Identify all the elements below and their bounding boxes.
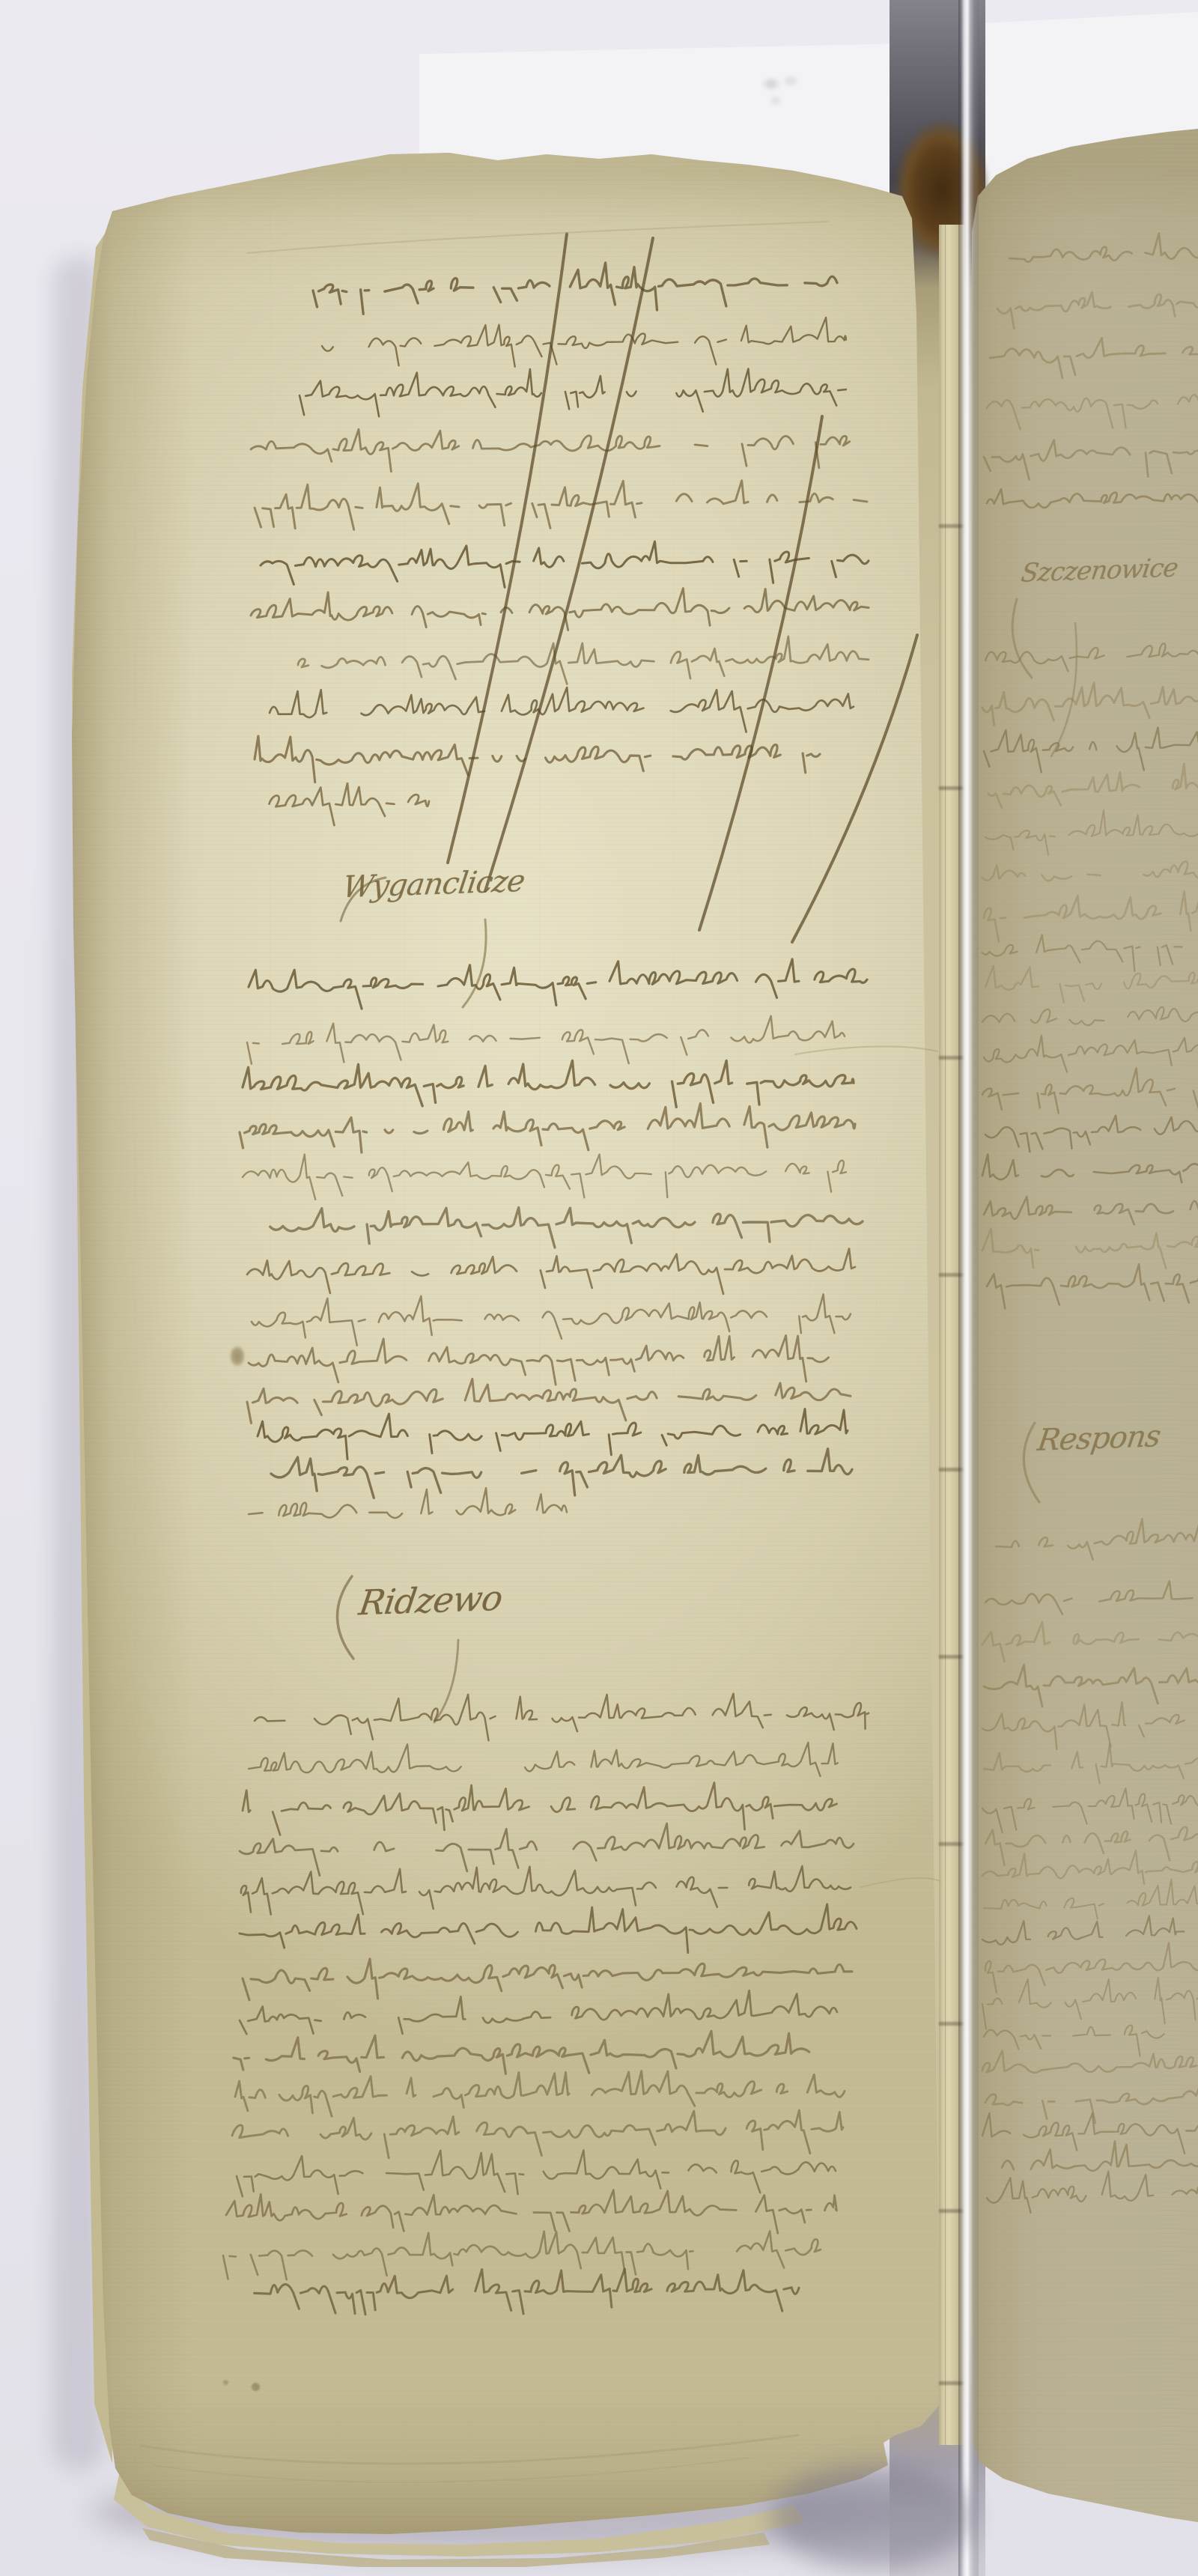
manuscript-photo: Wyganclicze Ridzewo Szczenowice Respons: [0, 0, 1198, 2576]
glass-retainer-strip: [958, 0, 979, 2576]
pencil-smudge: [755, 69, 803, 111]
gutter-bottom-shadow: [771, 2464, 973, 2569]
ink-stain: [229, 1345, 246, 1367]
stack-crease: [945, 225, 946, 2445]
heading-ridzewo: Ridzewo: [356, 1578, 505, 1623]
heading-wyganclicze: Wyganclicze: [341, 864, 527, 905]
ink-speck: [223, 2380, 228, 2385]
heading-respons: Respons: [1036, 1419, 1163, 1458]
ink-speck: [252, 2383, 260, 2391]
heading-szczenowice: Szczenowice: [1019, 553, 1179, 589]
